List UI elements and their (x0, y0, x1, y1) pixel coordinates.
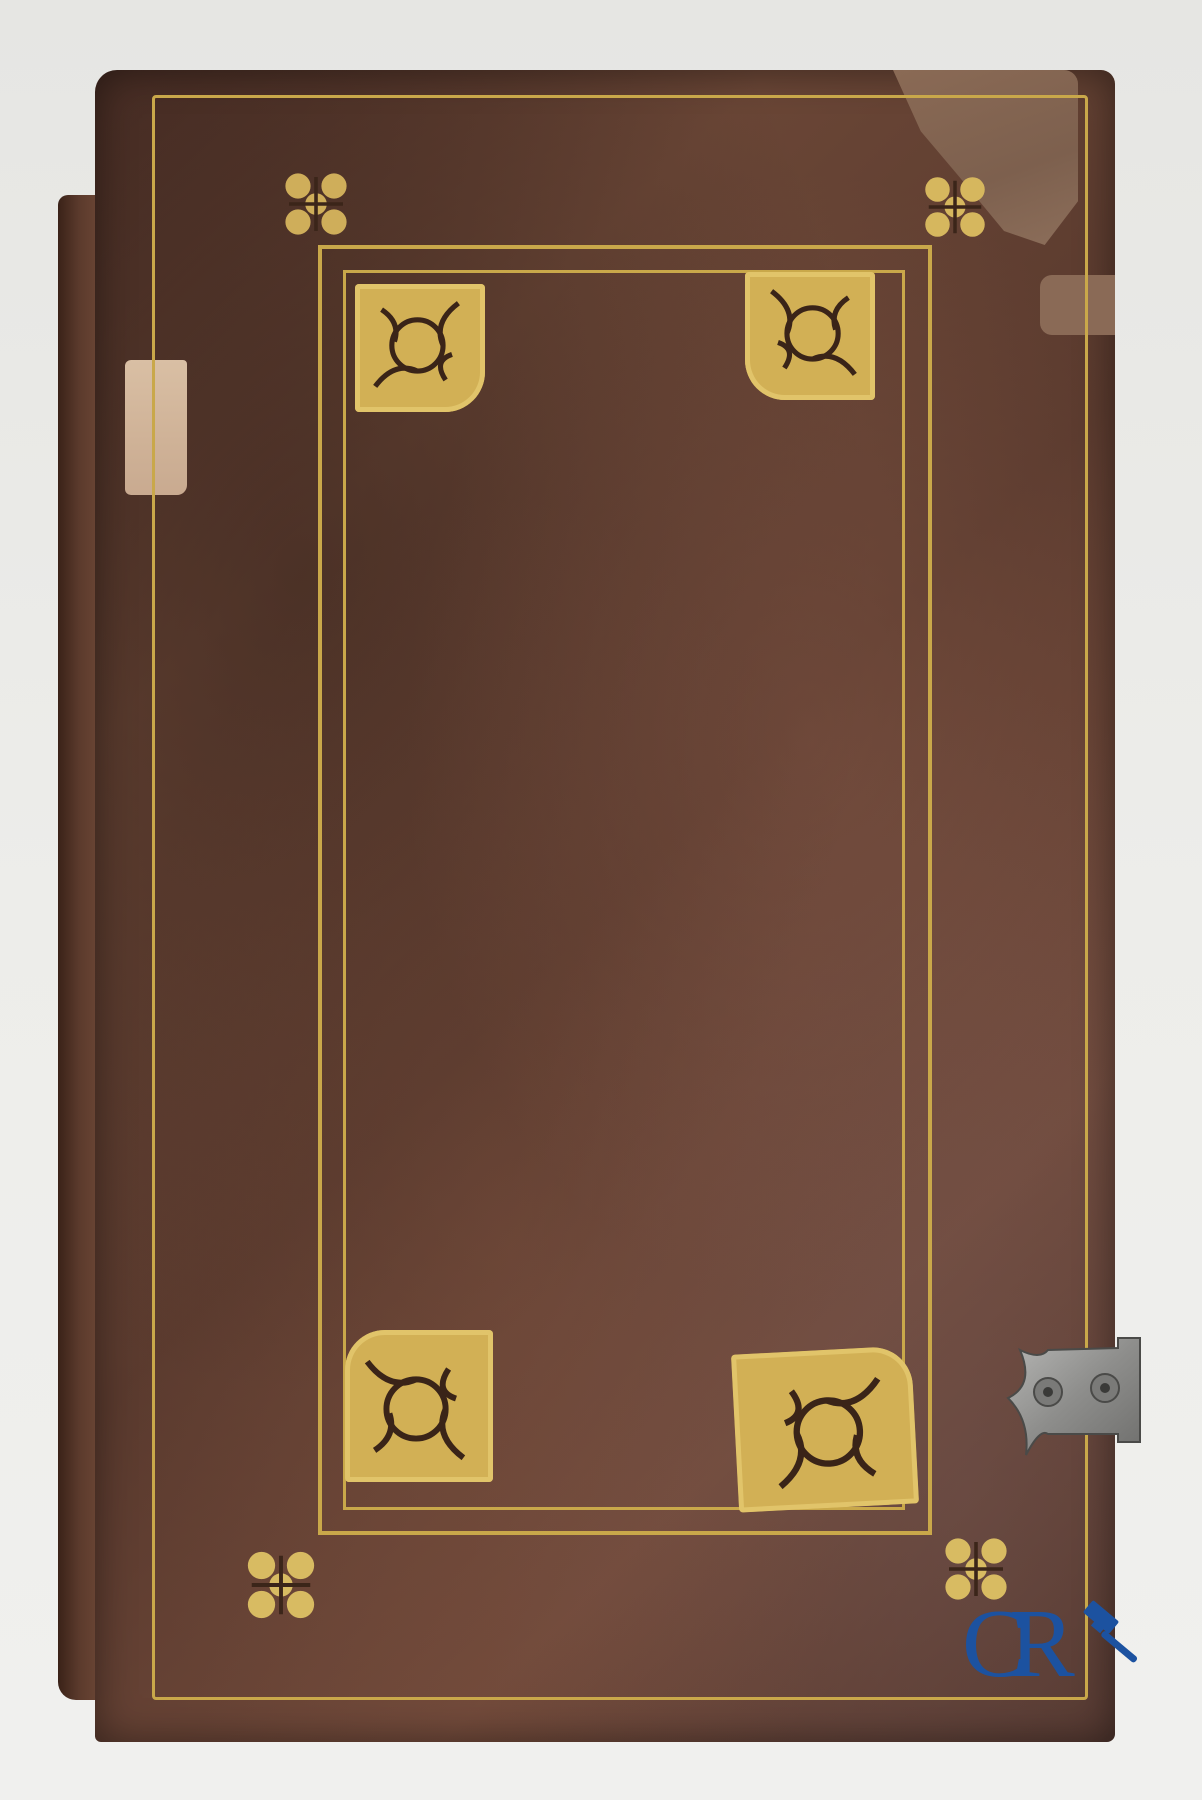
logo-text: CR (962, 1595, 1057, 1693)
metal-clasp (1000, 1330, 1142, 1460)
watermark-logo: CR (962, 1595, 1142, 1720)
flower-ornament-icon (242, 1545, 320, 1625)
flower-ornament-icon (920, 172, 990, 242)
fleuron-scroll-icon (745, 272, 875, 400)
gavel-icon (1080, 1595, 1145, 1675)
fleuron-scroll-icon (355, 284, 485, 412)
small-ornament-top-right (920, 172, 990, 242)
corner-fleuron-bottom-right (731, 1345, 919, 1512)
small-ornament-bottom-left (242, 1545, 320, 1625)
corner-fleuron-top-left (355, 284, 485, 412)
clasp-icon (1000, 1330, 1142, 1460)
flower-ornament-icon (280, 168, 352, 240)
small-ornament-top-left (280, 168, 352, 240)
fleuron-scroll-icon (345, 1330, 493, 1482)
corner-fleuron-top-right (745, 272, 875, 400)
frame-inner-gilt-line (343, 270, 905, 1510)
fleuron-scroll-icon (731, 1345, 919, 1512)
corner-fleuron-bottom-left (345, 1330, 493, 1482)
